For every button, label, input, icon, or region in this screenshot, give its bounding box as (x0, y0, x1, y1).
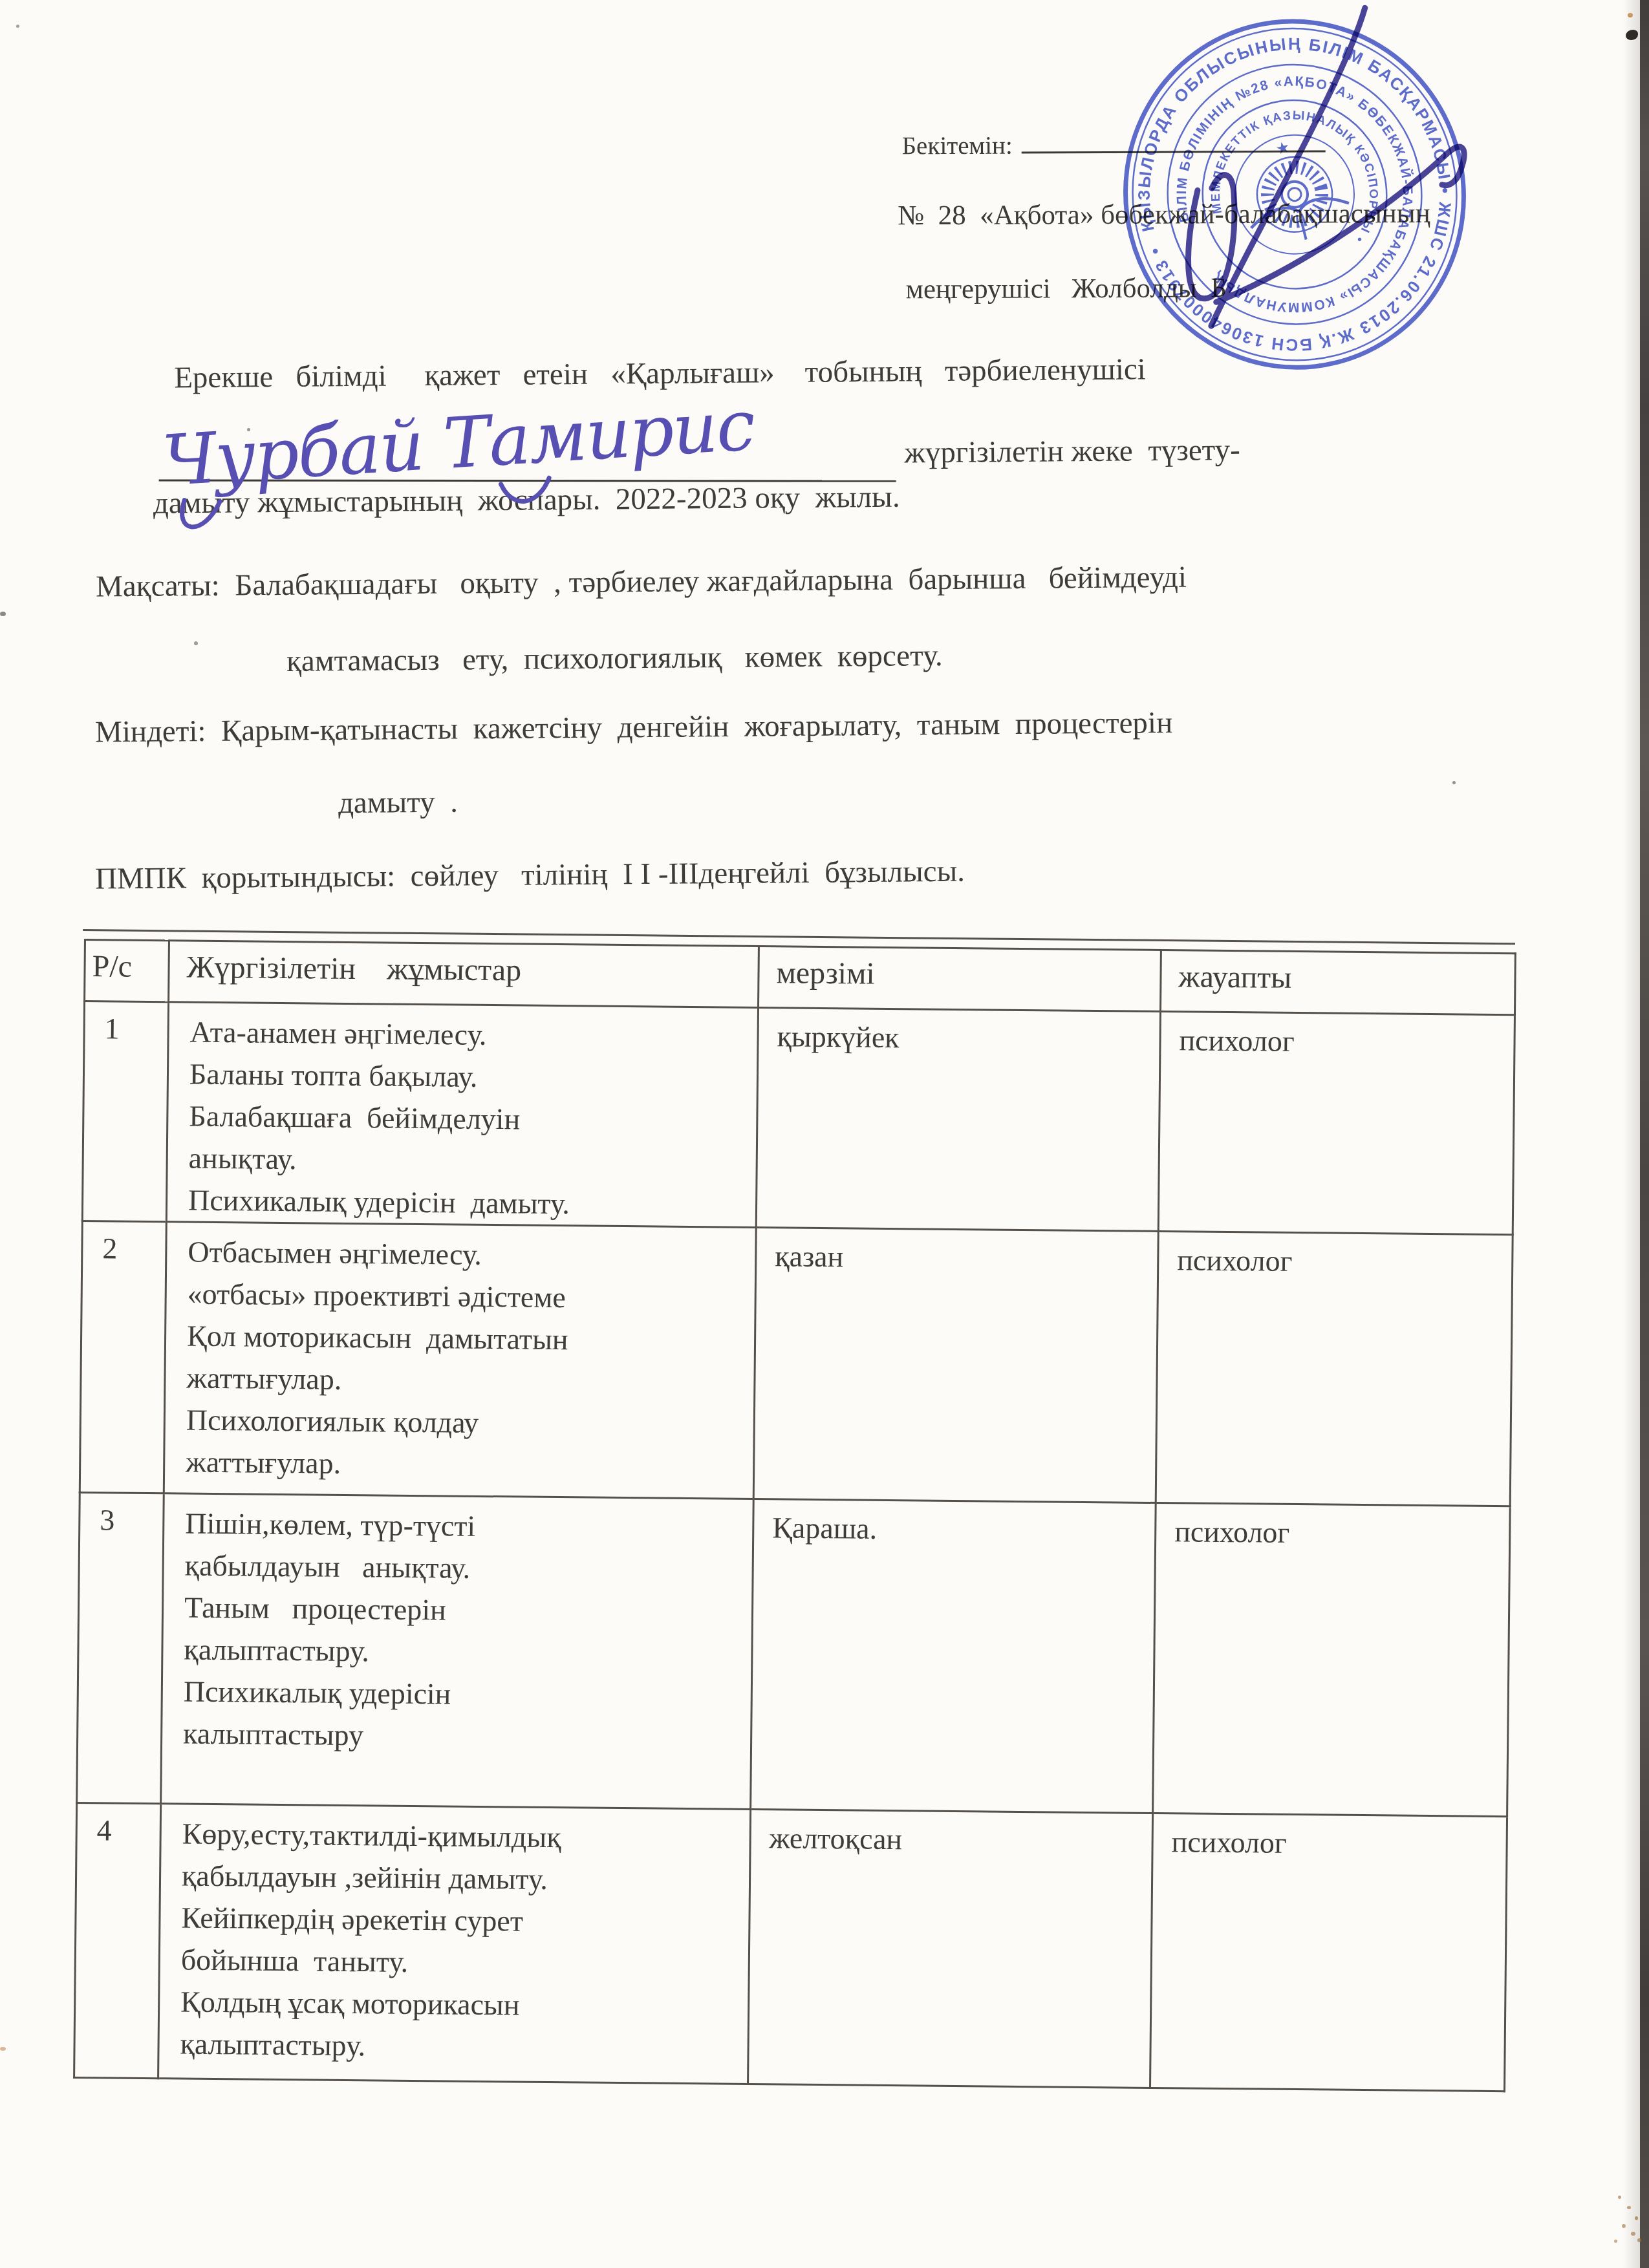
works-line: Баланы топта бақылау. (189, 1053, 757, 1100)
task-line-1: Міндеті: Қарым-қатынасты кажетсіну денге… (95, 705, 1173, 750)
works-line: Психикалық удерісін (184, 1671, 751, 1718)
works-line: Психологиялык қолдау (186, 1399, 754, 1446)
works-line: қабылдауын анықтау. (184, 1545, 752, 1592)
works-line: Отбасымен әңгімелесу. (188, 1231, 755, 1278)
works-cell: Пішін,көлем, түр-түстіқабылдауын анықтау… (161, 1493, 754, 1810)
handwritten-pupil-name: Чурбай Тамирис (137, 374, 947, 546)
table-header-cell: Жүргізілетін жұмыстар (169, 941, 759, 1008)
table-row: 1Ата-анамен әңгімелесу.Баланы топта бақы… (82, 1001, 1514, 1235)
works-line: калыптастыру (183, 1713, 751, 1760)
intro-line-2: жүргізілетін жеке түзету- (904, 433, 1240, 471)
works-line: жаттығулар. (186, 1357, 754, 1404)
row-number-cell: 3 (77, 1492, 164, 1803)
responsible-cell: психолог (1158, 1011, 1514, 1234)
works-line: «отбасы» проективті әдістеме (187, 1273, 755, 1320)
responsible-cell: психолог (1153, 1503, 1511, 1816)
works-line: қалыптастыру. (180, 2023, 748, 2070)
works-line: Пішін,көлем, түр-түсті (185, 1503, 753, 1550)
works-line: бойынша таныту. (181, 1939, 749, 1986)
table-header-cell: жауапты (1160, 950, 1515, 1014)
works-cell: Отбасымен әңгімелесу.«отбасы» проективті… (164, 1222, 756, 1499)
goal-line-1: Мақсаты: Балабақшадағы оқыту , тәрбиелеу… (96, 560, 1187, 604)
table-header-cell: Р/с (85, 940, 169, 1002)
works-cell: Көру,есту,тактилді-қимылдыққабылдауын ,з… (158, 1804, 751, 2084)
pmpk-conclusion-line: ПМПК қорытындысы: сөйлеу тілінің І І -ІІ… (95, 854, 965, 897)
row-number-cell: 1 (82, 1001, 168, 1222)
table-header-cell: мерзімі (759, 947, 1161, 1012)
plan-table-wrapper: Р/сЖүргізілетін жұмыстармерзіміжауапты 1… (73, 939, 1514, 2092)
works-line: Таным процестерін (184, 1587, 752, 1634)
responsible-cell: психолог (1150, 1813, 1507, 2091)
table-row: 3Пішін,көлем, түр-түстіқабылдауын анықта… (77, 1492, 1511, 1816)
works-cell: Ата-анамен әңгімелесу.Баланы топта бақыл… (166, 1002, 758, 1228)
table-body: 1Ата-анамен әңгімелесу.Баланы топта бақы… (74, 1001, 1515, 2091)
term-cell: Қараша. (751, 1499, 1156, 1813)
svg-text:Чурбай Тамирис: Чурбай Тамирис (160, 385, 757, 502)
row-number-cell: 2 (80, 1221, 166, 1493)
row-number-cell: 4 (74, 1803, 161, 2078)
works-line: Қол моторикасын дамытатын (187, 1315, 755, 1362)
works-line: Кейіпкердің әрекетін сурет (181, 1897, 749, 1944)
works-line: Көру,есту,тактилді-қимылдық (182, 1813, 749, 1860)
works-line: Психикалық удерісін дамыту. (188, 1179, 756, 1226)
works-line: қабылдауын ,зейінін дамыту. (182, 1855, 749, 1902)
works-line: Ата-анамен әңгімелесу. (189, 1011, 757, 1058)
table-row: 4Көру,есту,тактилді-қимылдыққабылдауын ,… (74, 1803, 1507, 2091)
task-line-2: дамыту . (338, 785, 458, 821)
term-cell: желтоқсан (748, 1809, 1153, 2088)
scanned-document-page: Бекітемін: № 28 «Ақбота» бөбекжай-балаба… (0, 0, 1649, 2268)
works-line: жаттығулар. (186, 1441, 753, 1488)
speck-artifact (0, 2047, 6, 2051)
works-line: анықтау. (188, 1137, 756, 1184)
works-line: қалыптастыру. (184, 1629, 751, 1676)
goal-line-2: қамтамасыз ету, психологиялық көмек көрс… (286, 638, 943, 679)
table-row: 2Отбасымен әңгімелесу.«отбасы» проективт… (80, 1221, 1513, 1506)
term-cell: қыркүйек (756, 1008, 1160, 1232)
responsible-cell: психолог (1156, 1231, 1513, 1506)
works-line: Балабақшаға бейімделуін (189, 1095, 757, 1142)
works-line: Қолдың ұсақ моторикасын (180, 1981, 748, 2028)
plan-table: Р/сЖүргізілетін жұмыстармерзіміжауапты 1… (73, 939, 1516, 2092)
term-cell: қазан (753, 1227, 1158, 1503)
